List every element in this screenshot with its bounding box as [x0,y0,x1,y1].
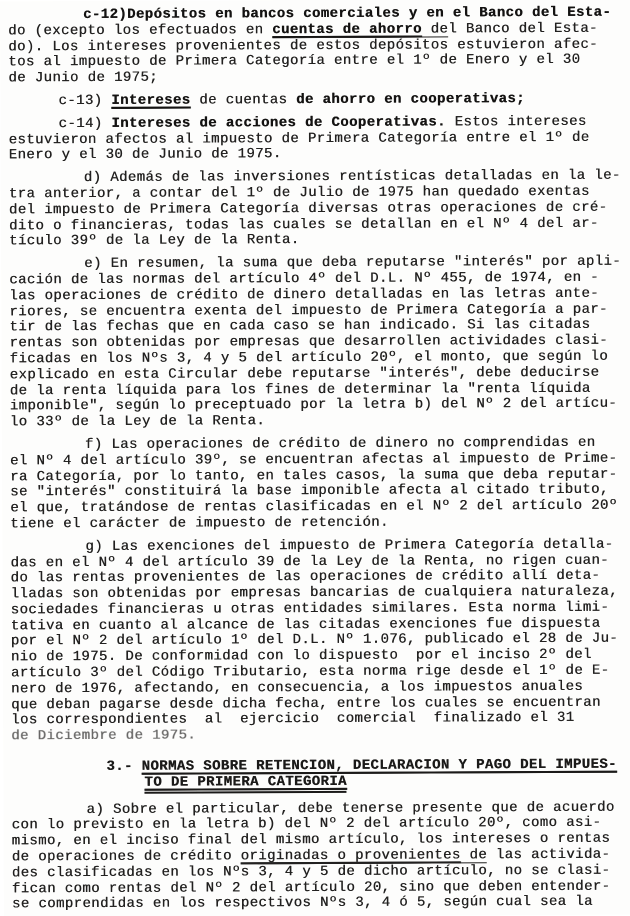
text-line: 3.- NORMAS SOBRE RETENCION, DECLARACION … [106,758,629,776]
text-line: estuvieron afectos al impuesto de Primer… [9,130,627,148]
text-segment: de ahorro en cooperativas; [296,91,525,108]
document-page: c-12)Depósitos en bancos comerciales y e… [0,0,630,916]
text-segment: estuvieron afectos al impuesto de Primer… [9,129,590,148]
text-line: tículo 39º de la Ley de la Renta. [9,232,627,250]
text-segment: cuentas de ahorro [272,21,422,38]
paragraph-letra-f: f) Las operaciones de crédito de dinero … [10,436,628,533]
paragraph-letra-g: g) Las exenciones del impuesto de Primer… [10,537,629,745]
text-segment: Estos intereses [446,114,587,131]
text-segment: 3, 4 y 5 de dicho artículo [258,862,487,880]
text-segment: los correspondientes al ejercicio comerc… [11,710,574,728]
text-line: lo 33º de la Ley de la Renta. [10,413,628,431]
text-segment: estuvieron afec- [448,36,598,53]
text-segment: c-14) [59,116,112,132]
text-segment: lo 33º de la Ley de la Renta. [10,413,265,430]
text-segment: dito o financieras, todas las cuales se … [9,215,599,234]
text-segment: del Banco del Esta- [422,21,598,38]
text-segment: Intereses [111,93,190,109]
text-segment: de estos depósitos [290,36,449,54]
text-line: de Junio de 1975; [8,69,626,87]
text-segment: c-13) [58,93,111,109]
text-segment: de cuentas [190,92,296,108]
text-segment: de operaciones de crédito [12,848,241,865]
text-segment: tículo 39º de la Ley de la Renta. [9,232,300,249]
text-line: Enero y el 30 de Junio de 1975. [9,146,627,164]
text-line: los correspondientes al ejercicio comerc… [11,711,629,729]
text-segment: de Junio de 1975; [8,70,158,87]
paragraph-letra-e: e) En resumen, la suma que deba reputars… [9,255,628,431]
text-segment: TO DE PRIMERA CATEGORIA [144,774,347,794]
text-segment: 3.- [106,759,141,775]
text-line: TO DE PRIMERA CATEGORIA [144,773,629,791]
text-line: tos al impuesto de Primera Categoría ent… [8,53,626,71]
text-segment: do). Los intereses provenientes [8,38,290,55]
text-line: dito o financieras, todas las cuales se … [9,216,627,234]
text-segment: tiene el carácter de impuesto de retenci… [10,515,389,533]
paragraph-item-c-13: c-13) Intereses de cuentas de ahorro en … [8,92,626,110]
text-line: c-13) Intereses de cuentas de ahorro en … [58,92,626,110]
text-segment: tos al impuesto de Primera Categoría ent… [8,52,580,70]
text-segment: , no se clasi- [487,863,610,880]
text-segment: imponible", según lo preceptuado por la … [10,396,617,415]
text-segment: el que, tratándose de rentas clasificada… [10,498,617,517]
text-line: imponible", según lo preceptuado por la … [10,397,628,415]
text-segment: NORMAS SOBRE RETENCION, DECLARACION Y PA… [142,757,617,775]
paragraph-item-c-14: c-14) Intereses de acciones de Cooperati… [9,114,627,164]
text-segment: se comprendidas en los respectivos Nºs 3… [12,894,593,913]
text-segment: Intereses de acciones de Cooperativas. [111,114,446,131]
text-segment: des clasificadas en los Nºs [12,864,259,881]
paragraph-item-c-12: c-12)Depósitos en bancos comerciales y e… [8,6,626,88]
text-segment: Enero y el 30 de Junio de 1975. [9,147,282,164]
text-segment: do (excepto los efectuados en [8,22,272,39]
paragraph-heading-3: 3.- NORMAS SOBRE RETENCION, DECLARACION … [11,758,629,792]
text-segment: de Diciembre de 1975. [11,728,196,745]
text-line: tiene el carácter de impuesto de retenci… [10,515,628,533]
paragraph-letra-a: a) Sobre el particular, debe tenerse pre… [12,800,630,913]
text-line: se comprendidas en los respectivos Nºs 3… [12,895,630,913]
paragraph-letra-d: d) Además de las inversiones rentísticas… [9,169,627,251]
text-segment: de las activida- [461,847,611,864]
text-line: de Diciembre de 1975. [11,727,629,745]
